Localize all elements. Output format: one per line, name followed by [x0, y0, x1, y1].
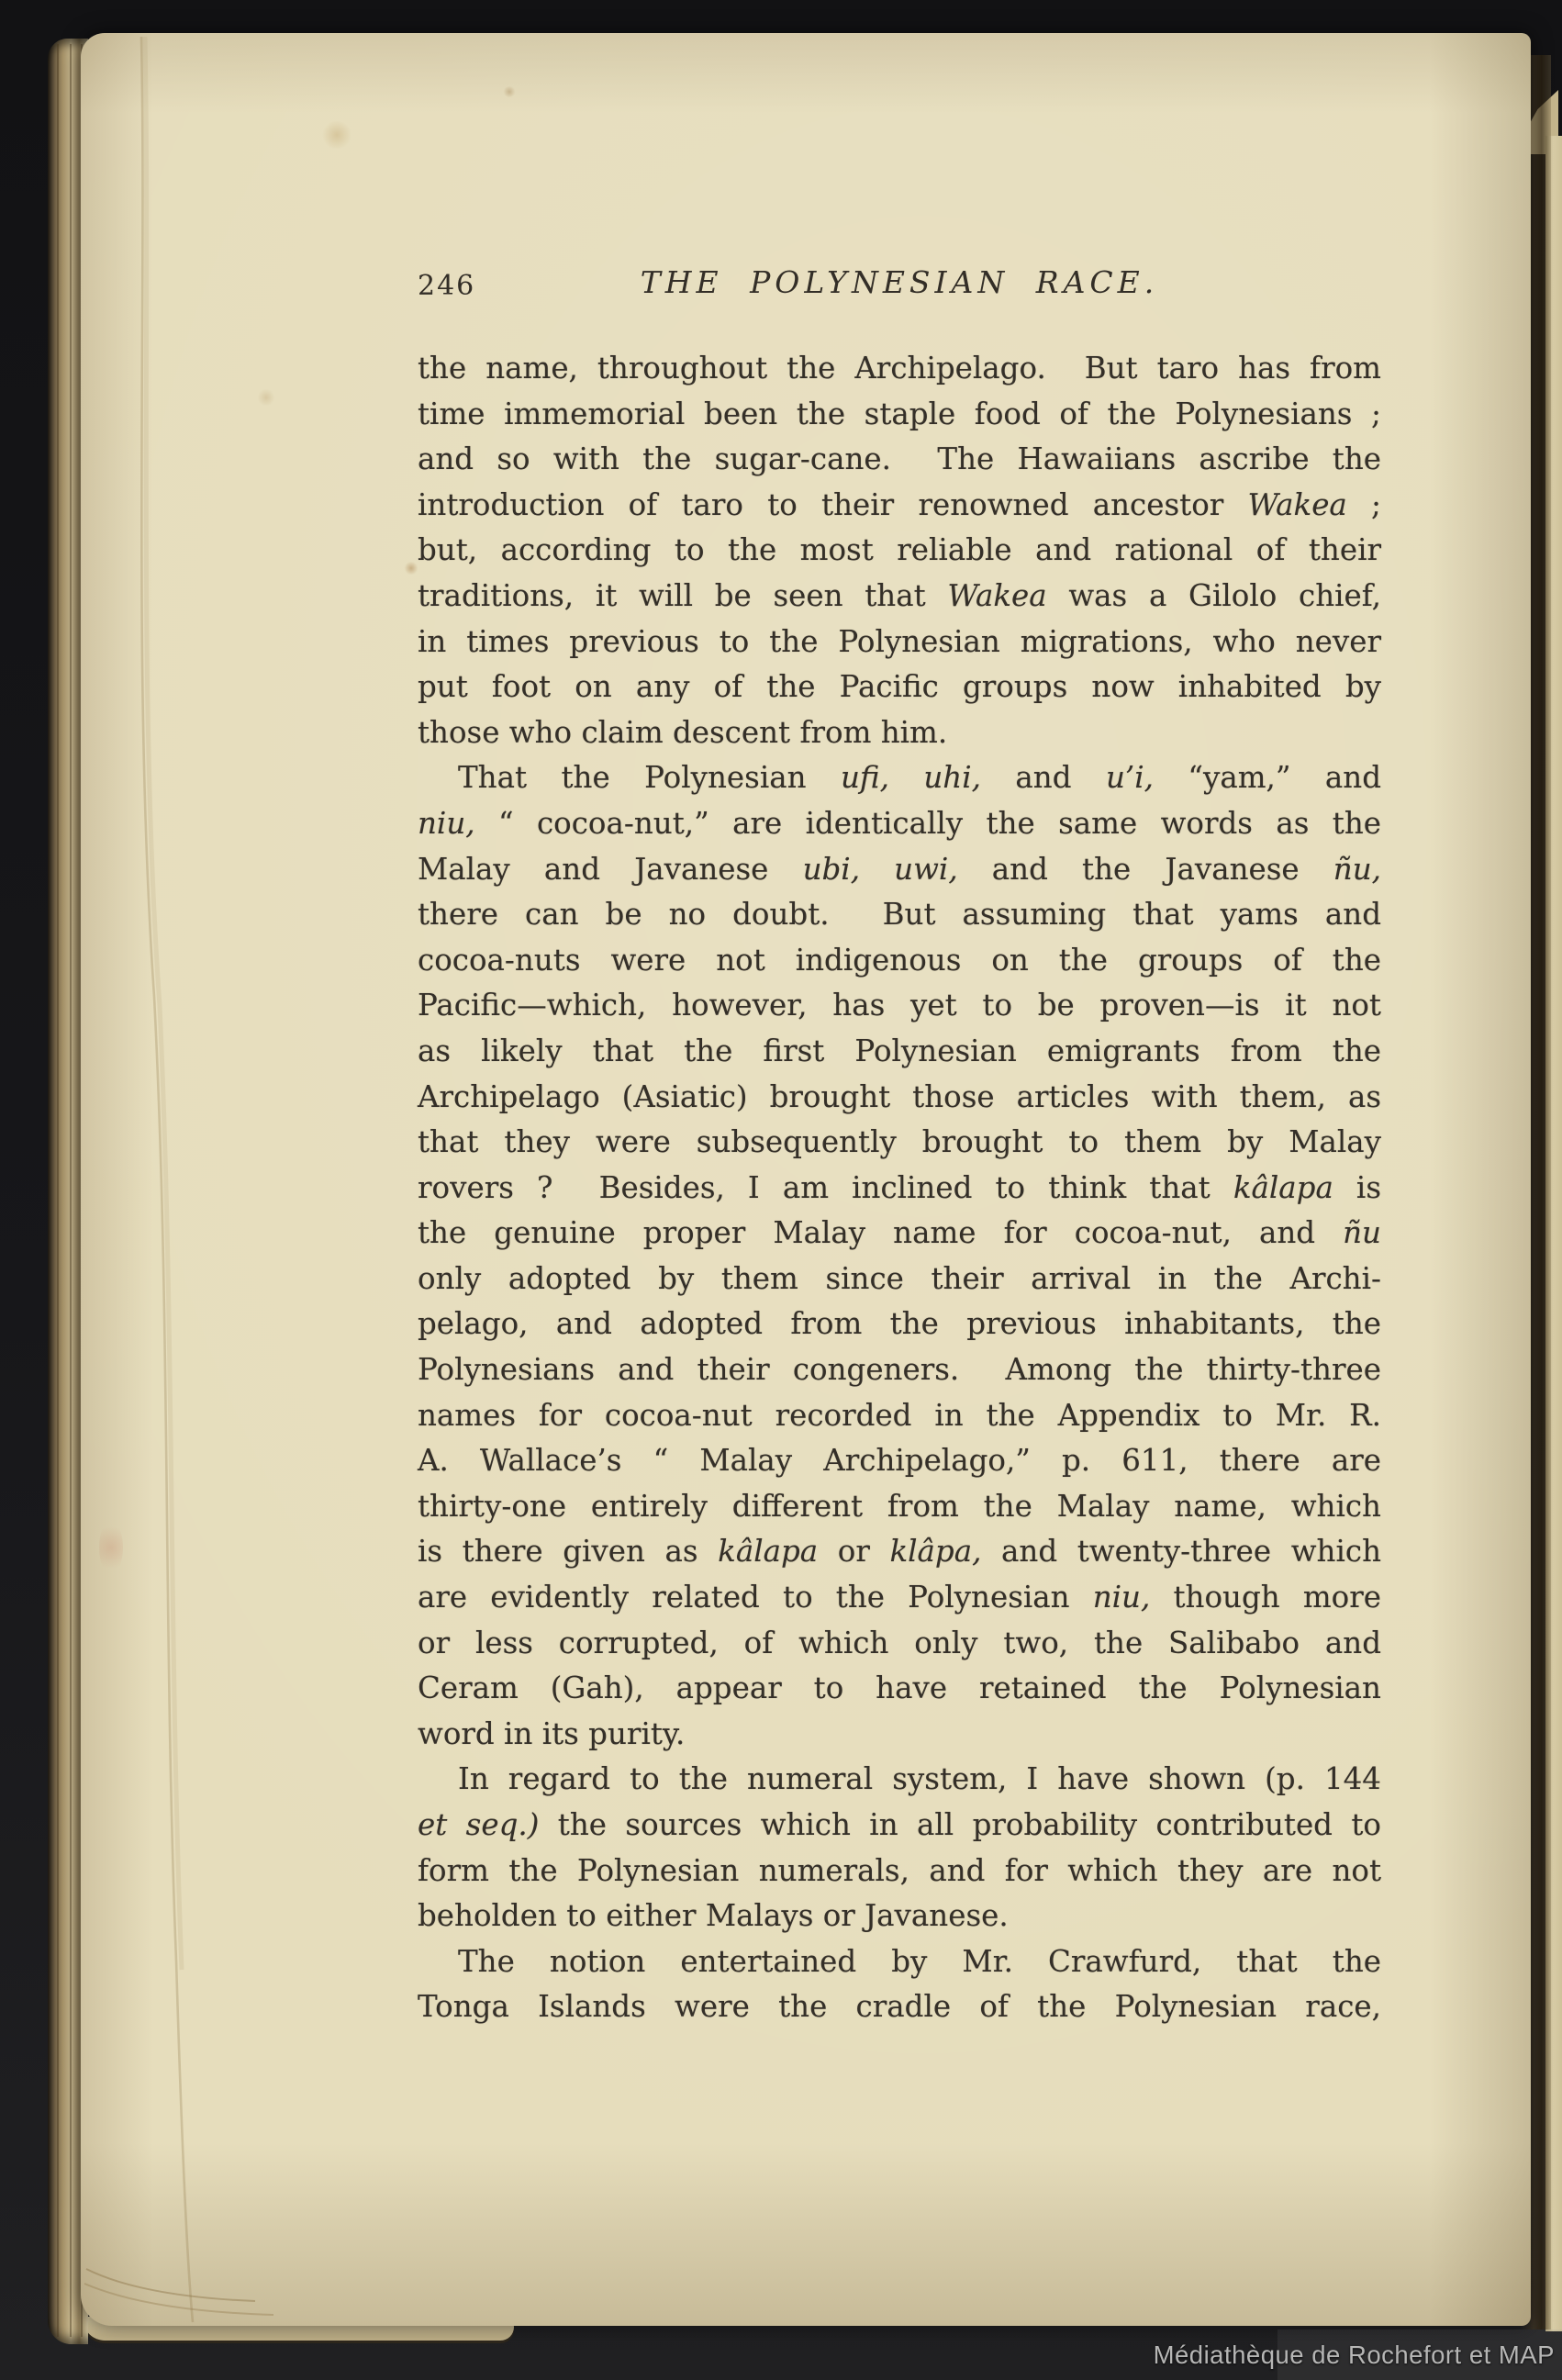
scan-photo: { "page": { "number": "246", "running_ti…: [0, 0, 1562, 2380]
text-segment: or: [818, 1534, 889, 1569]
running-title: THE POLYNESIAN RACE.: [418, 264, 1381, 300]
text-line: put foot on any of the Pacific groups no…: [418, 665, 1381, 710]
text-line: and so with the sugar-cane. The Hawaiian…: [418, 437, 1381, 483]
text-line: that they were subsequently brought to t…: [418, 1120, 1381, 1166]
text-line: et seq.) the sources which in all probab…: [418, 1803, 1381, 1849]
text-segment: are evidently related to the Polynesian: [418, 1580, 1093, 1615]
text-segment: A. Wallace’s “ Malay Archipelago,” p. 61…: [418, 1443, 1381, 1478]
italic-text: niu,: [418, 806, 475, 841]
text-segment: names for cocoa-nut recorded in the Appe…: [418, 1398, 1381, 1433]
paper-stain: [99, 1520, 123, 1575]
text-segment: and so with the sugar-cane. The Hawaiian…: [418, 441, 1381, 476]
italic-text: klâpa,: [889, 1534, 981, 1569]
text-line: Malay and Javanese ubi, uwi, and the Jav…: [418, 847, 1381, 893]
text-line: Pacific—which, however, has yet to be pr…: [418, 983, 1381, 1029]
text-line: That the Polynesian ufi, uhi, and u’i, “…: [418, 755, 1381, 801]
text-line: A. Wallace’s “ Malay Archipelago,” p. 61…: [418, 1438, 1381, 1484]
italic-text: kâlapa: [718, 1534, 818, 1569]
text-segment: thirty-one entirely different from the M…: [418, 1489, 1381, 1524]
text-segment: the genuine proper Malay name for cocoa-…: [418, 1215, 1343, 1250]
text-line: word in its purity.: [418, 1712, 1381, 1758]
text-segment: is there given as: [418, 1534, 718, 1569]
text-segment: That the Polynesian: [458, 760, 841, 795]
text-segment: Malay and Javanese: [418, 852, 803, 887]
text-segment: the name, throughout the Archipelago. Bu…: [418, 351, 1381, 385]
text-line: there can be no doubt. But assuming that…: [418, 892, 1381, 938]
text-segment: pelago, and adopted from the previous in…: [418, 1306, 1381, 1341]
text-segment: word in its purity.: [418, 1716, 685, 1751]
text-line: time immemorial been the staple food of …: [418, 392, 1381, 438]
italic-text: u’i,: [1106, 760, 1154, 795]
text-segment: traditions, it will be seen that: [418, 578, 947, 613]
text-segment: only adopted by them since their arrival…: [418, 1261, 1381, 1296]
italic-text: kâlapa: [1233, 1170, 1333, 1205]
text-block: the name, throughout the Archipelago. Bu…: [418, 346, 1381, 2030]
paper-stain: [503, 86, 516, 97]
text-line: rovers ? Besides, I am inclined to think…: [418, 1166, 1381, 1212]
paper-stain: [321, 121, 352, 149]
italic-text: Wakea: [1248, 487, 1347, 522]
running-head: 246 THE POLYNESIAN RACE.: [418, 264, 1381, 307]
text-segment: is: [1333, 1170, 1381, 1205]
text-line: niu, “ cocoa-nut,” are identically the s…: [418, 801, 1381, 847]
text-line: the name, throughout the Archipelago. Bu…: [418, 346, 1381, 392]
paper-stain: [257, 389, 275, 406]
text-segment: or less corrupted, of which only two, th…: [418, 1626, 1381, 1660]
text-line: in times previous to the Polynesian migr…: [418, 620, 1381, 665]
italic-text: ñu: [1343, 1215, 1381, 1250]
italic-text: et seq.): [418, 1807, 539, 1842]
text-segment: cocoa-nuts were not indigenous on the gr…: [418, 943, 1381, 978]
text-segment: there can be no doubt. But assuming that…: [418, 897, 1381, 932]
text-line: Archipelago (Asiatic) brought those arti…: [418, 1075, 1381, 1121]
text-line: is there given as kâlapa or klâpa, and t…: [418, 1529, 1381, 1575]
text-line: Tonga Islands were the cradle of the Pol…: [418, 1984, 1381, 2030]
text-segment: and the Javanese: [958, 852, 1333, 887]
text-segment: in times previous to the Polynesian migr…: [418, 624, 1381, 659]
italic-text: ñu,: [1333, 852, 1381, 887]
under-page-edge: [83, 2317, 514, 2341]
text-segment: the sources which in all probability con…: [539, 1807, 1381, 1842]
text-line: Ceram (Gah), appear to have retained the…: [418, 1666, 1381, 1712]
italic-text: Wakea: [947, 578, 1046, 613]
text-segment: Polynesians and their congeners. Among t…: [418, 1352, 1381, 1387]
text-segment: was a Gilolo chief,: [1047, 578, 1381, 613]
text-segment: Archipelago (Asiatic) brought those arti…: [418, 1079, 1381, 1114]
text-segment: time immemorial been the staple food of …: [418, 397, 1381, 431]
text-line: as likely that the first Polynesian emig…: [418, 1029, 1381, 1075]
text-line: The notion entertained by Mr. Crawfurd, …: [418, 1939, 1381, 1985]
text-line: beholden to either Malays or Javanese.: [418, 1894, 1381, 1939]
text-line: traditions, it will be seen that Wakea w…: [418, 574, 1381, 620]
book-page: 246 THE POLYNESIAN RACE. the name, throu…: [81, 33, 1531, 2326]
text-line: those who claim descent from him.: [418, 710, 1381, 756]
text-segment: form the Polynesian numerals, and for wh…: [418, 1853, 1381, 1888]
text-segment: though more: [1150, 1580, 1381, 1615]
paper-stain: [404, 562, 418, 575]
text-segment: and twenty-three which: [981, 1534, 1381, 1569]
text-segment: those who claim descent from him.: [418, 715, 947, 750]
italic-text: ubi, uwi,: [803, 852, 958, 887]
text-segment: Pacific—which, however, has yet to be pr…: [418, 988, 1381, 1022]
text-segment: beholden to either Malays or Javanese.: [418, 1898, 1009, 1933]
text-line: names for cocoa-nut recorded in the Appe…: [418, 1393, 1381, 1439]
text-line: In regard to the numeral system, I have …: [418, 1757, 1381, 1803]
text-segment: rovers ? Besides, I am inclined to think…: [418, 1170, 1233, 1205]
italic-text: ufi, uhi,: [841, 760, 981, 795]
text-line: thirty-one entirely different from the M…: [418, 1484, 1381, 1530]
text-line: are evidently related to the Polynesian …: [418, 1575, 1381, 1621]
text-segment: but, according to the most reliable and …: [418, 532, 1381, 567]
page-edge-line: [70, 44, 72, 2337]
text-segment: and: [981, 760, 1106, 795]
text-segment: “ cocoa-nut,” are identically the same w…: [475, 806, 1381, 841]
text-line: Polynesians and their congeners. Among t…: [418, 1347, 1381, 1393]
text-line: only adopted by them since their arrival…: [418, 1257, 1381, 1302]
text-segment: Tonga Islands were the cradle of the Pol…: [418, 1989, 1381, 2024]
text-segment: The notion entertained by Mr. Crawfurd, …: [458, 1944, 1381, 1979]
library-watermark: Médiathèque de Rochefort et MAP: [1154, 2341, 1555, 2370]
text-segment: introduction of taro to their renowned a…: [418, 487, 1248, 522]
text-segment: put foot on any of the Pacific groups no…: [418, 669, 1381, 704]
page-edge-line: [57, 44, 59, 2337]
text-line: pelago, and adopted from the previous in…: [418, 1302, 1381, 1347]
text-line: introduction of taro to their renowned a…: [418, 483, 1381, 529]
text-line: the genuine proper Malay name for cocoa-…: [418, 1211, 1381, 1257]
text-segment: that they were subsequently brought to t…: [418, 1124, 1381, 1159]
text-line: cocoa-nuts were not indigenous on the gr…: [418, 938, 1381, 984]
text-segment: ;: [1347, 487, 1381, 522]
text-segment: “yam,” and: [1154, 760, 1381, 795]
text-segment: as likely that the first Polynesian emig…: [418, 1034, 1381, 1068]
text-segment: In regard to the numeral system, I have …: [458, 1761, 1381, 1796]
text-line: form the Polynesian numerals, and for wh…: [418, 1849, 1381, 1894]
text-line: but, according to the most reliable and …: [418, 528, 1381, 574]
text-line: or less corrupted, of which only two, th…: [418, 1621, 1381, 1667]
text-segment: Ceram (Gah), appear to have retained the…: [418, 1670, 1381, 1705]
italic-text: niu,: [1093, 1580, 1151, 1615]
